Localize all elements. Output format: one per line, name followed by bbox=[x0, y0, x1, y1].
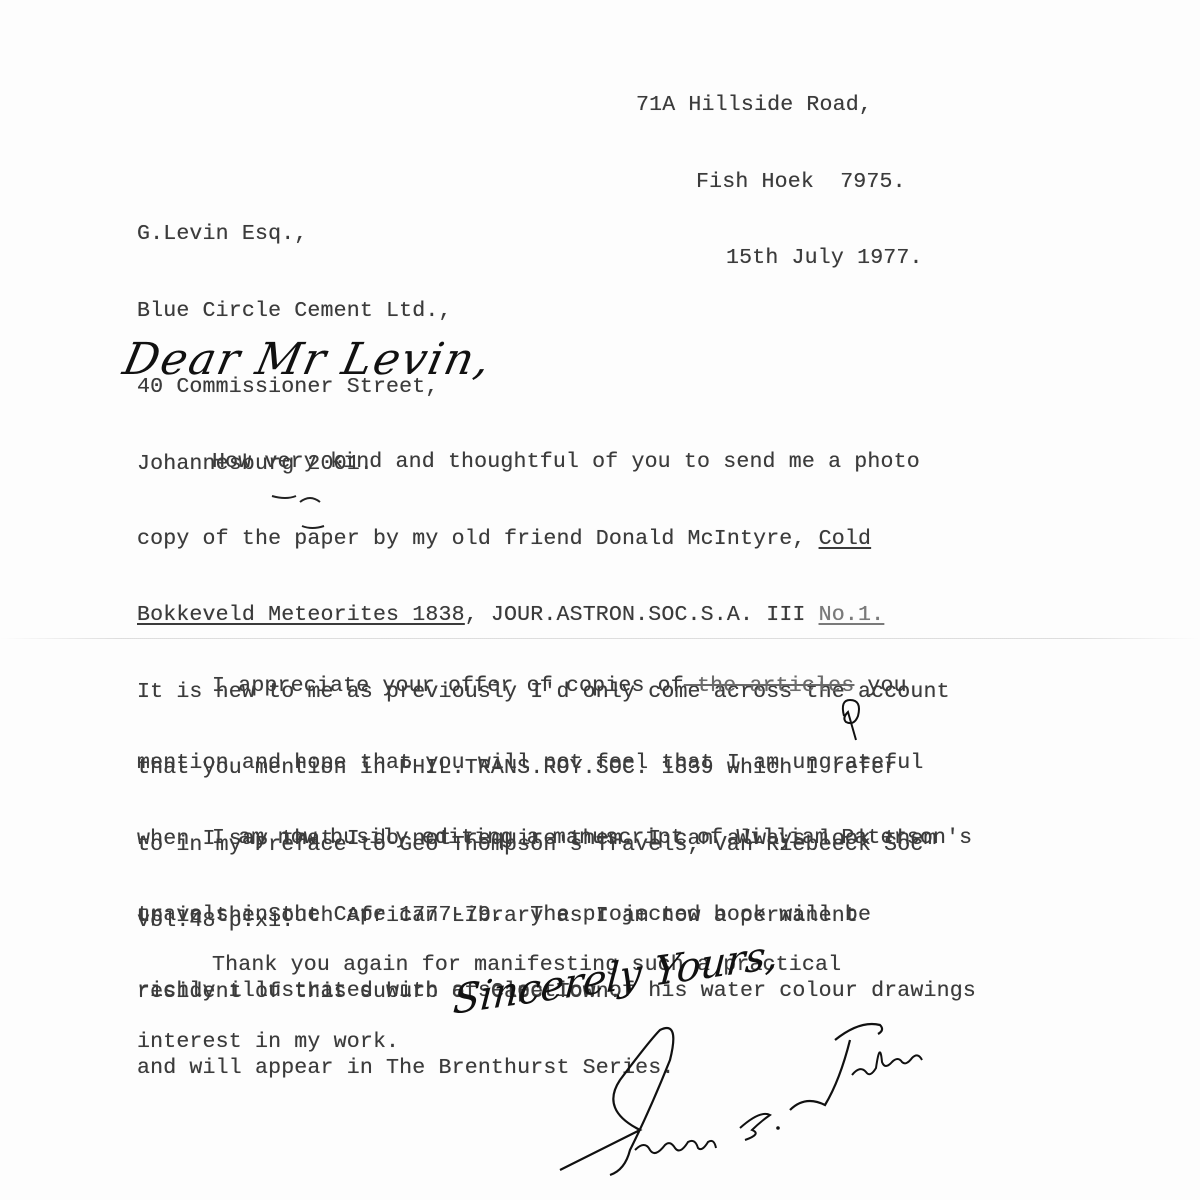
salutation: Dear Mr Levin, bbox=[118, 330, 498, 390]
letter-date: 15th July 1977. bbox=[636, 246, 923, 272]
pen-correction-mark bbox=[298, 496, 338, 536]
address-line-1: 71A Hillside Road, bbox=[636, 93, 923, 119]
address-line-2: Fish Hoek 7975. bbox=[636, 170, 923, 196]
paragraph-2-line: I appreciate your offer of copies of the… bbox=[137, 674, 937, 700]
signature-scrawl bbox=[540, 1000, 960, 1180]
recipient-company: Blue Circle Cement Ltd., bbox=[137, 299, 452, 325]
underlined-title: Cold bbox=[819, 527, 871, 551]
paragraph-2-line: mention and hope that you will not feel … bbox=[137, 751, 937, 777]
struck-text: the articles bbox=[684, 674, 854, 698]
text-run: you bbox=[854, 674, 906, 698]
pen-correction-mark bbox=[836, 696, 876, 746]
text-run: copy of the paper by my old friend Donal… bbox=[137, 527, 819, 551]
paragraph-1-line: How very kind and thoughtful of you to s… bbox=[137, 450, 950, 476]
paragraph-3-line: I am now busily editing a manuscript of … bbox=[137, 826, 976, 852]
text-run: I appreciate your offer of copies of bbox=[212, 674, 684, 698]
paragraph-1-line: copy of the paper by my old friend Donal… bbox=[137, 527, 950, 553]
signature: Vernon S. Forbes bbox=[600, 1100, 610, 1101]
recipient-name: G.Levin Esq., bbox=[137, 222, 452, 248]
letter-page: 71A Hillside Road, Fish Hoek 7975. 15th … bbox=[0, 0, 1200, 1200]
sender-address: 71A Hillside Road, Fish Hoek 7975. 15th … bbox=[636, 42, 923, 323]
